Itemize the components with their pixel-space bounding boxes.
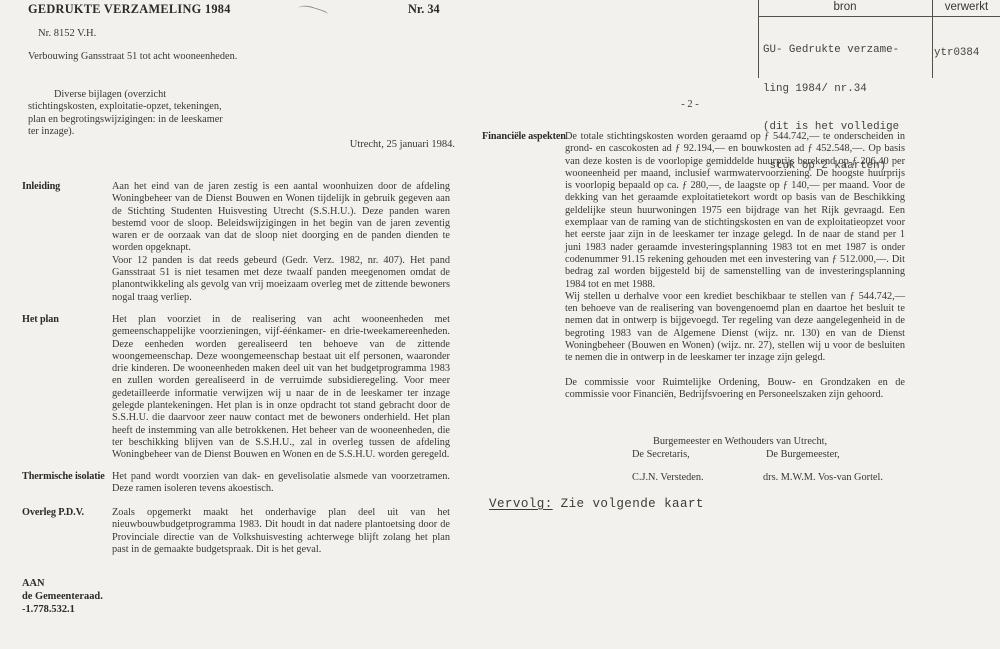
signature-organisation: Burgemeester en Wethouders van Utrecht, [653,436,827,447]
signature-name-burgemeester: drs. M.W.M. Vos-van Gortel. [763,472,883,483]
section-body-inleiding: Aan het eind van de jaren zestig is een … [112,181,450,304]
paragraph: Zoals opgemerkt maakt het onderhavige pl… [112,507,450,556]
paragraph: Aan het eind van de jaren zestig is een … [112,181,450,255]
document-number: Nr. 34 [408,2,440,17]
paragraph: Voor 12 panden is dat reeds gebeurd (Ged… [112,255,450,304]
signature-role-secretaris: De Secretaris, [632,449,690,460]
section-label-financiele-aspekten: Financiële aspekten [482,131,566,142]
processed-cell: ytr0384 [934,47,979,59]
section-body-thermische-isolatie: Het pand wordt voorzien van dak- en geve… [112,471,450,496]
addressee-line: AAN [22,577,103,590]
addressee-line: de Gemeenteraad. [22,590,103,603]
source-line: ling 1984/ nr.34 [763,83,899,96]
section-body-het-plan: Het plan voorziet in de realisering van … [112,314,450,462]
section-label-het-plan: Het plan [22,314,59,325]
dateline: Utrecht, 25 januari 1984. [240,139,455,150]
signature-role-burgemeester: De Burgemeester, [766,449,840,460]
column-header-verwerkt: verwerkt [933,1,1000,13]
paragraph: Het plan voorziet in de realisering van … [112,314,450,462]
paragraph: Wij stellen u derhalve voor een krediet … [565,291,905,365]
source-line: GU- Gedrukte verzame- [763,44,899,57]
source-line: stuk op 2 kaarten) [763,160,899,173]
section-label-overleg-pdv: Overleg P.D.V. [22,507,84,518]
table-header-rule [758,16,1000,17]
attachments-note: Diverse bijlagen (overzicht stichtingsko… [28,89,226,138]
continuation-note: Vervolg: Zie volgende kaart [489,497,704,511]
section-label-thermische-isolatie: Thermische isolatie [22,471,105,482]
signature-name-secretaris: C.J.N. Versteden. [632,472,704,483]
handwritten-mark [296,3,329,25]
addressee-line: -1.778.532.1 [22,603,103,616]
addressee-block: AAN de Gemeenteraad. -1.778.532.1 [22,577,103,616]
collection-title: GEDRUKTE VERZAMELING 1984 [28,2,231,17]
paragraph: Het pand wordt voorzien van dak- en geve… [112,471,450,496]
paragraph: De commissie voor Ruimtelijke Ordening, … [565,377,905,402]
section-body-overleg-pdv: Zoals opgemerkt maakt het onderhavige pl… [112,507,450,556]
subject-line: Verbouwing Gansstraat 51 tot acht woonee… [28,51,266,63]
source-cell: GU- Gedrukte verzame- ling 1984/ nr.34 (… [763,18,899,199]
column-header-bron: bron [758,1,932,13]
continuation-label: Vervolg: [489,497,553,511]
section-label-inleiding: Inleiding [22,181,60,192]
archive-stamp-table: bron verwerkt GU- Gedrukte verzame- ling… [758,0,1000,80]
source-line: (dit is het volledige [763,121,899,134]
continuation-text: Zie volgende kaart [553,497,704,511]
reference-number: Nr. 8152 V.H. [38,28,96,39]
page-number: - 2 - [650,99,730,110]
